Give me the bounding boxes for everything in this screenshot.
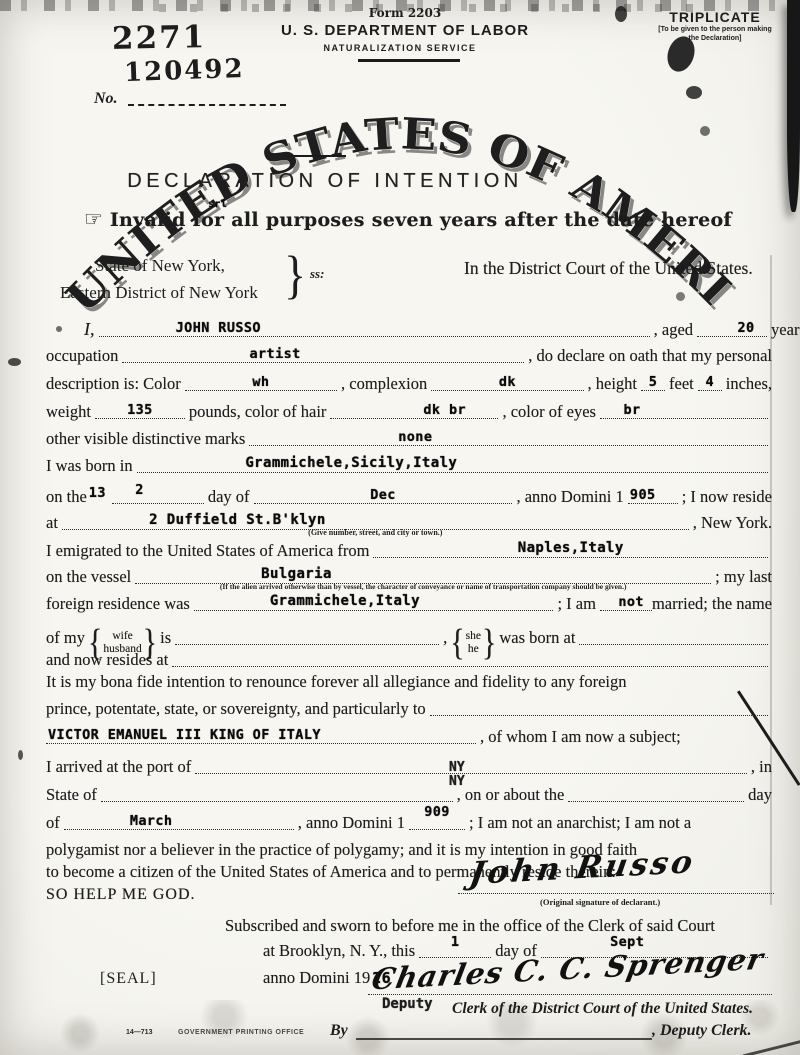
dayof-label: day of [208, 487, 250, 508]
arrival-state-field [101, 796, 453, 802]
age-field: 20 [697, 331, 767, 337]
bornat-label: was born at [499, 628, 575, 649]
so-help-me-god: SO HELP ME GOD. [46, 886, 196, 904]
line-arrival-date: of March , anno Domini 1 909 ; I am not … [46, 813, 772, 834]
marital-field: not [600, 605, 652, 611]
color-value: wh [252, 374, 269, 391]
occupation-label: occupation [46, 346, 118, 367]
address-note: (Give number, street, and city or town.) [308, 528, 442, 537]
complexion-field: dk [431, 385, 583, 391]
newyork-label: , New York. [693, 513, 772, 534]
born-label: I was born in [46, 456, 133, 477]
spouse-birthplace-field [579, 639, 768, 645]
birth-month-value: Dec [370, 487, 396, 504]
signature-line [458, 893, 774, 894]
line-birthdate: on the 13 2 day of Dec , anno Domini 1 9… [46, 485, 772, 508]
sovereign-value: VICTOR EMANUEL III KING OF ITALY [48, 727, 321, 744]
foreign-residence-value: Grammichele,Italy [270, 593, 420, 611]
spouse-name-field [175, 639, 439, 645]
declaration-heading: DECLARATION OF INTENTION [0, 170, 650, 193]
scanned-declaration-document: 2271 120492 No. Form 2203 U. S. DEPARTME… [0, 0, 800, 1055]
deputy-label: Deputy [382, 996, 433, 1012]
inches-label: inches, [726, 374, 772, 395]
print-code: 14—713 [126, 1029, 152, 1036]
seal-label: [SEAL] [100, 970, 157, 988]
jurat-anno-label: anno Domini 19 [263, 968, 370, 989]
at-label: at [46, 513, 58, 534]
weight-field: 135 [95, 413, 185, 419]
signature-note: (Original signature of declarant.) [540, 897, 660, 907]
birthplace-field: Grammichele,Sicily,Italy [137, 467, 768, 473]
hair-value: dk br [423, 402, 466, 419]
line-spouse-residence: and now resides at [46, 650, 772, 671]
intention-text-1: It is my bona fide intention to renounce… [46, 672, 627, 693]
handwritten-annotation: srl [208, 199, 227, 210]
line-vessel: on the vessel Bulgaria (If the alien arr… [46, 567, 772, 588]
service-title: NATURALIZATION SERVICE [0, 43, 800, 53]
birth-year-value: 905 [630, 487, 656, 504]
venue-ss: ss: [310, 266, 324, 282]
wife-option: wife [103, 630, 141, 642]
age-value: 20 [738, 320, 755, 337]
marks-value: none [398, 429, 432, 446]
arrival-month-value: March [130, 813, 173, 830]
line-arrival-state: State of , on or about the day [46, 785, 772, 806]
in-label: , in [751, 757, 772, 778]
arrival-day-field [568, 796, 744, 802]
triplicate-label: TRIPLICATE [640, 9, 790, 25]
birth-month-field: Dec [254, 498, 513, 504]
iam-label: ; I am [557, 594, 596, 615]
onthe-label: on the [46, 487, 87, 508]
marital-value: not [618, 594, 644, 611]
line-intention-1: It is my bona fide intention to renounce… [46, 672, 772, 693]
spouse-residence-field [172, 661, 768, 667]
foreign-residence-field: Grammichele,Italy [194, 605, 554, 611]
name-field: JOHN RUSSO [99, 331, 650, 337]
emigrated-from-field: Naples,Italy [373, 552, 768, 558]
marks-field: none [249, 440, 768, 446]
comma: , [443, 628, 447, 649]
vessel-label: on the vessel [46, 567, 131, 588]
occupation-field: artist [122, 357, 524, 363]
complexion-label: , complexion [341, 374, 427, 395]
triplicate-note-1: [To be given to the person making [635, 26, 795, 33]
address-value: 2 Duffield St.B'klyn [149, 512, 326, 530]
port-field: NY NY [195, 768, 747, 774]
about-label: , on or about the [457, 785, 565, 806]
resides-label: and now resides at [46, 650, 168, 671]
line-address: at 2 Duffield St.B'klyn (Give number, st… [46, 513, 772, 534]
birth-year-field: 905 [628, 498, 678, 504]
i-label: I, [84, 318, 95, 341]
print-office: GOVERNMENT PRINTING OFFICE [178, 1029, 304, 1036]
venue-state: State of New York, [95, 256, 225, 276]
line-foreign-residence: foreign residence was Grammichele,Italy … [46, 594, 772, 615]
birth-day-a-value: 13 [89, 485, 106, 502]
line-weight-hair-eyes: weight 135 pounds, color of hair dk br ,… [46, 402, 772, 423]
weight-label: weight [46, 402, 91, 423]
by-line [356, 1038, 652, 1040]
ink-blot [8, 358, 21, 366]
birthplace-value: Grammichele,Sicily,Italy [245, 455, 457, 473]
arrival-month-field: March [64, 824, 294, 830]
height-feet-field: 5 [641, 385, 665, 391]
sovereign-field-lead [430, 710, 768, 716]
anarchist-label: ; I am not an anarchist; I am not a [469, 813, 691, 834]
anno-domini-2-label: , anno Domini 1 [298, 813, 405, 834]
is-label: is [160, 628, 171, 649]
line-spouse: of my { wifehusband } is , { shehe } was… [46, 622, 772, 649]
birth-day-b-value: 2 [135, 482, 144, 499]
birth-day-field: 2 [112, 498, 204, 504]
line-occupation: occupation artist , do declare on oath t… [46, 346, 772, 367]
header-rule [358, 59, 460, 62]
title-rule [286, 155, 346, 157]
hair-label: pounds, color of hair [189, 402, 326, 423]
venue-district: Eastern District of New York [60, 283, 258, 303]
marks-label: other visible distinctive marks [46, 429, 245, 450]
line-marks: other visible distinctive marks none [46, 429, 772, 450]
name-value: JOHN RUSSO [176, 320, 261, 337]
aged-label: , aged [654, 320, 693, 341]
by-label: By [330, 1022, 348, 1040]
ofmy-label: of my [46, 628, 85, 649]
arrived-label: I arrived at the port of [46, 757, 191, 778]
arrival-year-value: 909 [424, 804, 450, 821]
line-emigrated: I emigrated to the United States of Amer… [46, 541, 772, 562]
line-description: description is: Color wh , complexion dk… [46, 374, 772, 395]
vessel-field: Bulgaria (If the alien arrived otherwise… [135, 578, 711, 584]
eyes-value: br [623, 402, 640, 419]
height-feet-value: 5 [649, 374, 658, 391]
line-arrival-port: I arrived at the port of NY NY , in [46, 757, 772, 778]
of-label: of [46, 813, 60, 834]
reside-label: ; I now reside [682, 487, 772, 508]
height-inches-field: 4 [698, 385, 722, 391]
triplicate-note-2: the Declaration] [635, 35, 795, 42]
deputy-clerk-label: , Deputy Clerk. [652, 1022, 752, 1040]
married-label: married; the name [652, 594, 772, 615]
pointing-hand-icon: ☞ [84, 206, 103, 232]
feet-label: feet [669, 374, 694, 395]
jurat-day-value: 1 [451, 934, 460, 951]
port-value-top: NY [449, 761, 465, 775]
sovereign-field: VICTOR EMANUEL III KING OF ITALY [46, 738, 476, 744]
intention-text-2: prince, potentate, state, or sovereignty… [46, 699, 426, 720]
height-inches-value: 4 [705, 374, 714, 391]
foreign-label: foreign residence was [46, 594, 190, 615]
subject-label: , of whom I am now a subject; [480, 727, 681, 748]
sworn-at-label: at Brooklyn, N. Y., this [263, 941, 415, 962]
venue-brace: } [284, 244, 306, 305]
occupation-value: artist [249, 346, 300, 363]
ink-blot [18, 750, 23, 760]
clerk-signature-line [368, 994, 772, 995]
mylast-label: ; my last [715, 567, 772, 588]
eyes-field: br [600, 413, 768, 419]
years-label: years, [771, 320, 800, 341]
day-label: day [748, 785, 772, 806]
arrival-year-field: 909 [409, 824, 465, 830]
line-intention-2: prince, potentate, state, or sovereignty… [46, 699, 772, 720]
color-field: wh [185, 385, 337, 391]
she-option: she [466, 630, 481, 642]
hair-field: dk br [330, 413, 498, 419]
height-label: , height [588, 374, 638, 395]
emigrated-label: I emigrated to the United States of Amer… [46, 541, 369, 562]
desc-label: description is: Color [46, 374, 181, 395]
validity-text: Invalid for all purposes seven years aft… [110, 209, 732, 233]
anno-domini-label: , anno Domini 1 [516, 487, 623, 508]
line-name-age: I, JOHN RUSSO , aged 20 years, [46, 318, 800, 341]
declare-text: , do declare on oath that my personal [528, 346, 772, 367]
eyes-label: , color of eyes [502, 402, 595, 423]
venue-court: In the District Court of the United Stat… [464, 258, 753, 279]
complexion-value: dk [499, 374, 516, 391]
weight-value: 135 [127, 402, 153, 419]
emigrated-from-value: Naples,Italy [518, 540, 624, 558]
clerk-title: Clerk of the District Court of the Unite… [452, 1000, 753, 1018]
stateof-label: State of [46, 785, 97, 806]
address-field: 2 Duffield St.B'klyn (Give number, stree… [62, 524, 689, 530]
line-sovereign: VICTOR EMANUEL III KING OF ITALY , of wh… [46, 727, 772, 748]
line-birthplace: I was born in Grammichele,Sicily,Italy [46, 456, 772, 477]
validity-line: ☞ Invalid for all purposes seven years a… [84, 206, 732, 232]
vessel-note: (If the alien arrived otherwise than by … [220, 582, 627, 591]
